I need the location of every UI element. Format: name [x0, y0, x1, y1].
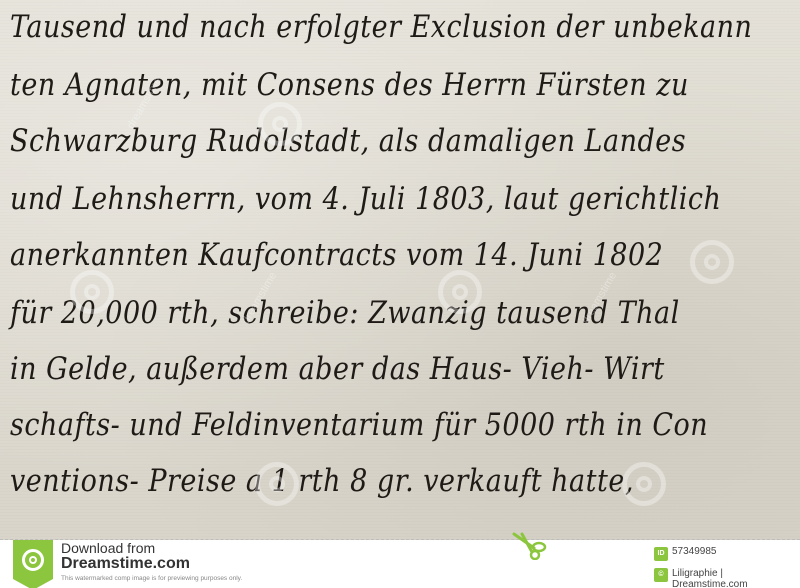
watermark-spiral-icon	[438, 270, 482, 314]
dreamstime-logo-badge	[13, 540, 53, 588]
handwriting-line: Schwarzburg Rudolstadt, als damaligen La…	[10, 123, 686, 159]
handwriting-line: schafts- und Feldinventarium für 5000 rt…	[10, 407, 708, 443]
handwriting-line: ventions- Preise a 1 rth 8 gr. verkauft …	[10, 463, 634, 499]
watermark-spiral-icon	[70, 270, 114, 314]
handwriting-line: in Gelde, außerdem aber das Haus- Vieh- …	[10, 351, 665, 387]
watermark-spiral-icon	[258, 102, 302, 146]
spiral-icon	[22, 549, 44, 571]
image-credit: Liligraphie | Dreamstime.com	[672, 568, 800, 588]
download-label: Download from	[61, 540, 155, 556]
watermark-spiral-icon	[690, 240, 734, 284]
watermark-spiral-icon	[255, 462, 299, 506]
handwriting-line: und Lehnsherrn, vom 4. Juli 1803, laut g…	[10, 181, 721, 217]
handwriting-line: anerkannten Kaufcontracts vom 14. Juni 1…	[10, 237, 663, 273]
scissors-icon	[508, 532, 548, 560]
brand-name: Dreamstime.com	[61, 555, 190, 573]
watermark-spiral-icon	[622, 462, 666, 506]
handwriting-line: Tausend und nach erfolgter Exclusion der…	[10, 9, 752, 45]
copyright-icon: ©	[654, 568, 668, 582]
watermark-notice: This watermarked comp image is for previ…	[61, 575, 242, 582]
handwriting-line: ten Agnaten, mit Consens des Herrn Fürst…	[10, 67, 689, 103]
handwritten-letter-image: Tausend und nach erfolgter Exclusion der…	[0, 0, 800, 540]
watermark-footer: Download from Dreamstime.com This waterm…	[0, 540, 800, 588]
id-badge-icon: ID	[654, 547, 668, 561]
image-id: 57349985	[672, 546, 717, 557]
